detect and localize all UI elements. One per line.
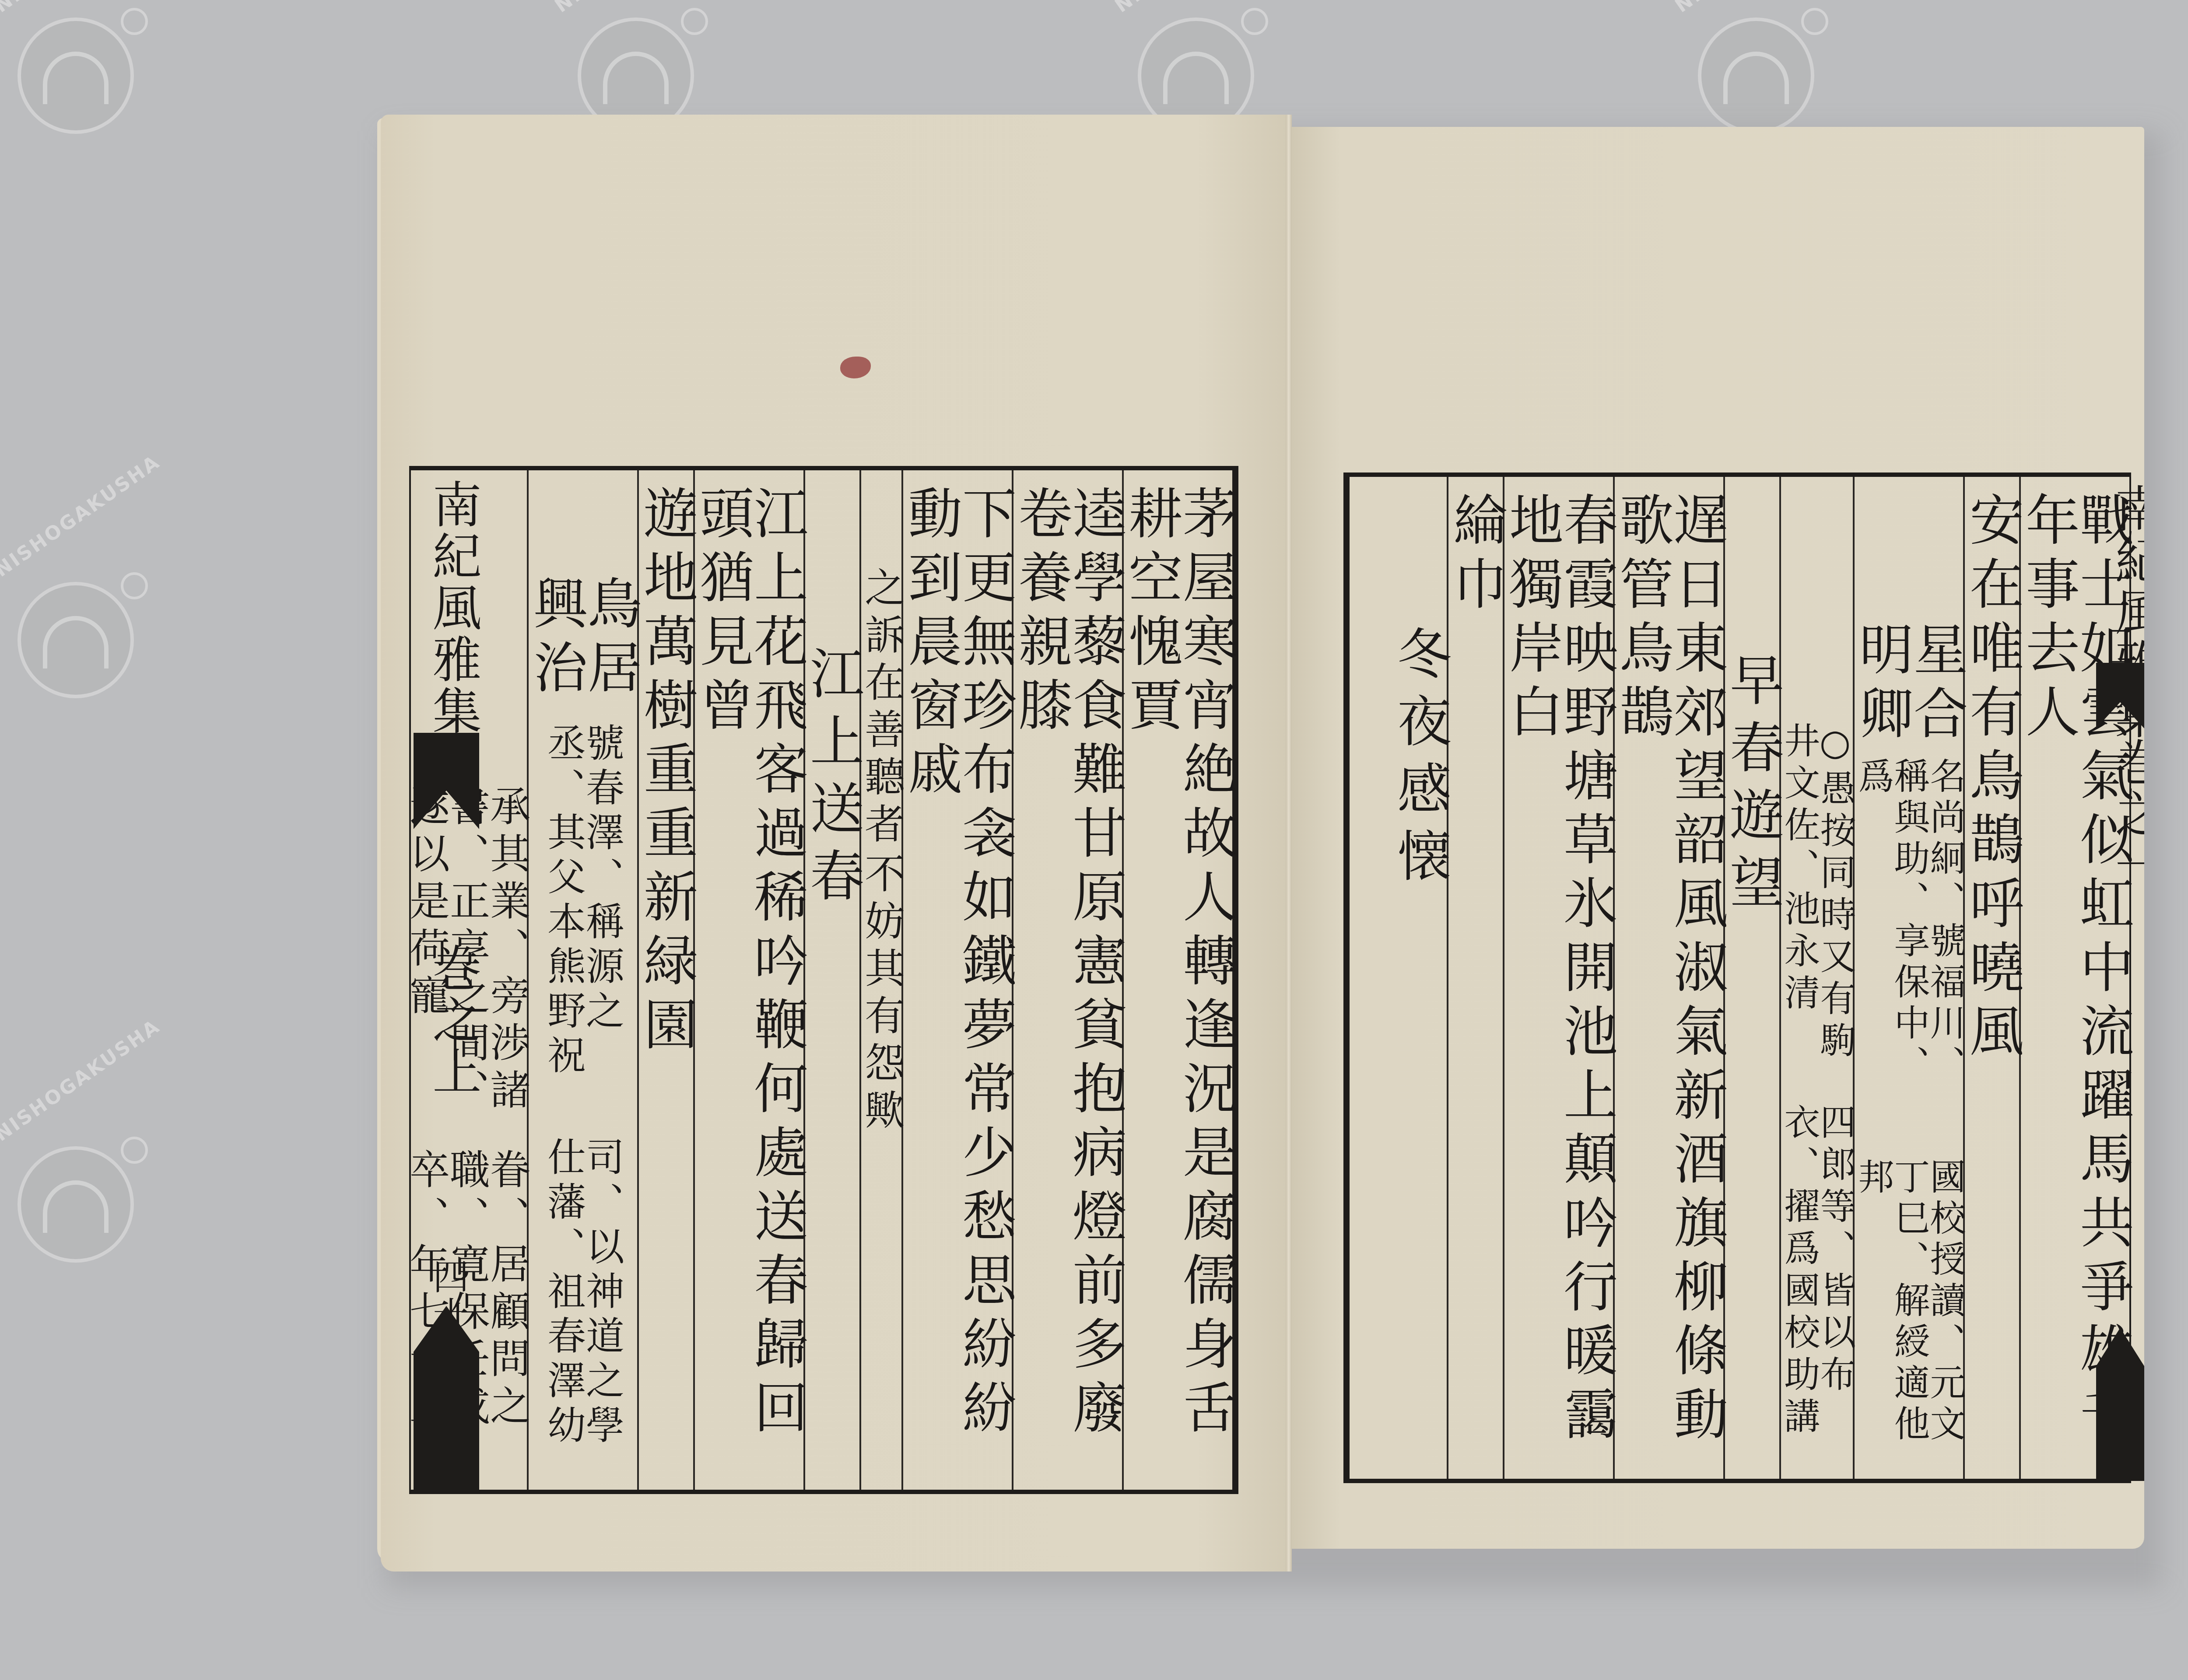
verse-column: 遅日東郊望韶風淑氣新酒旗柳條動歌管鳥鵲 (1613, 477, 1723, 1479)
right-page-fore-edge-margin: 南紀風雅集 巻之一 (2096, 475, 2144, 1481)
verse-column: 逵學藜食難甘原憲貧抱病燈前多廢卷養親膝 (1012, 470, 1122, 1490)
author-column: 鳥居興治 號春澤、稱源之丞、其父本熊野祝 司、以神道之學仕藩、祖春澤幼 (527, 470, 637, 1490)
fishtail-mark-lower (2096, 1328, 2144, 1481)
author-name: 星合明卿 (1855, 621, 1963, 757)
poem-title: 早春遊望 (1723, 477, 1779, 1479)
poem-title: 冬夜感懐 (1392, 477, 1447, 1479)
poem-title: 江上送春 (803, 470, 859, 1490)
watermark-logo: NISHOGAKUSHA (18, 1146, 134, 1263)
left-page-text-frame: 茅屋寒宵絶故人轉逢況是腐儒身舌耕空愧賈 逵學藜食難甘原憲貧抱病燈前多廢卷養親膝 … (409, 466, 1238, 1494)
bio-line: 司、以神道之學仕藩、祖春澤幼 (544, 1102, 621, 1490)
watermark-logo: NISHOGAKUSHA (18, 17, 134, 134)
note-line: 四郎等、皆以布衣、擢爲國校助講 (1781, 1103, 1853, 1479)
author-bio: 名尚絅、號福川、稱與助、享保中、爲 國校授讀、元文丁巳、解綬適他邦 (1855, 757, 1963, 1479)
verse-column: 遊地萬樹重重新緑園 (637, 470, 693, 1490)
margin-title: 南紀風雅集 (418, 479, 488, 737)
note-line: 不妨其有怨歟 (861, 853, 901, 1136)
bio-line: 國校授讀、元文丁巳、解綬適他邦 (1855, 1123, 1963, 1479)
bio-line: 名尚絅、號福川、稱與助、享保中、爲 (1855, 757, 1963, 1121)
note-line: 之訴在善聽者 (861, 567, 901, 850)
margin-volume: 巻之一 (2100, 737, 2144, 892)
author-column: 星合明卿 名尚絅、號福川、稱與助、享保中、爲 國校授讀、元文丁巳、解綬適他邦 (1853, 477, 1963, 1479)
fishtail-mark-upper (414, 733, 479, 829)
bio-line: 號春澤、稱源之丞、其父本熊野祝 (544, 723, 621, 1100)
author-bio: 號春澤、稱源之丞、其父本熊野祝 司、以神道之學仕藩、祖春澤幼 (544, 723, 621, 1490)
verse-column: 茅屋寒宵絶故人轉逢況是腐儒身舌耕空愧賈 (1122, 470, 1232, 1490)
note-column: ○愚按同時又有駒井文佐、池永清 四郎等、皆以布衣、擢爲國校助講 (1779, 477, 1853, 1479)
right-page-text-frame: 戰士如雲氣似虹中流躍馬共爭雄千年事去人 安在唯有鳥鵲呼曉風 星合明卿 名尚絅、號… (1343, 472, 2131, 1483)
verse-column: 春霞映野塘草氷開池上顛吟行暖靄地獨岸白 (1503, 477, 1613, 1479)
book-gutter (1286, 115, 1292, 1571)
margin-volume: 巻之上 (418, 943, 488, 1098)
verse-column: 綸巾 (1447, 477, 1503, 1479)
watermark-logo: NISHOGAKUSHA (18, 582, 134, 698)
author-name: 鳥居興治 (529, 575, 637, 723)
note-line: ○愚按同時又有駒井文佐、池永清 (1781, 722, 1853, 1101)
left-page-fore-edge-margin: 南紀風雅集 巻之上 四十 (414, 470, 479, 1490)
verse-column: 江上花飛客過稀吟鞭何處送春歸回頭猶見曾 (693, 470, 803, 1490)
verse-column: 下更無珍布衾如鐵夢常少愁思紛紛動到晨窗戚 (901, 470, 1012, 1490)
verse-column: 安在唯有鳥鵲呼曉風 (1963, 477, 2019, 1479)
watermark-logo: NISHOGAKUSHA (1698, 17, 1814, 134)
note-column: 之訴在善聽者 不妨其有怨歟 (859, 470, 901, 1490)
